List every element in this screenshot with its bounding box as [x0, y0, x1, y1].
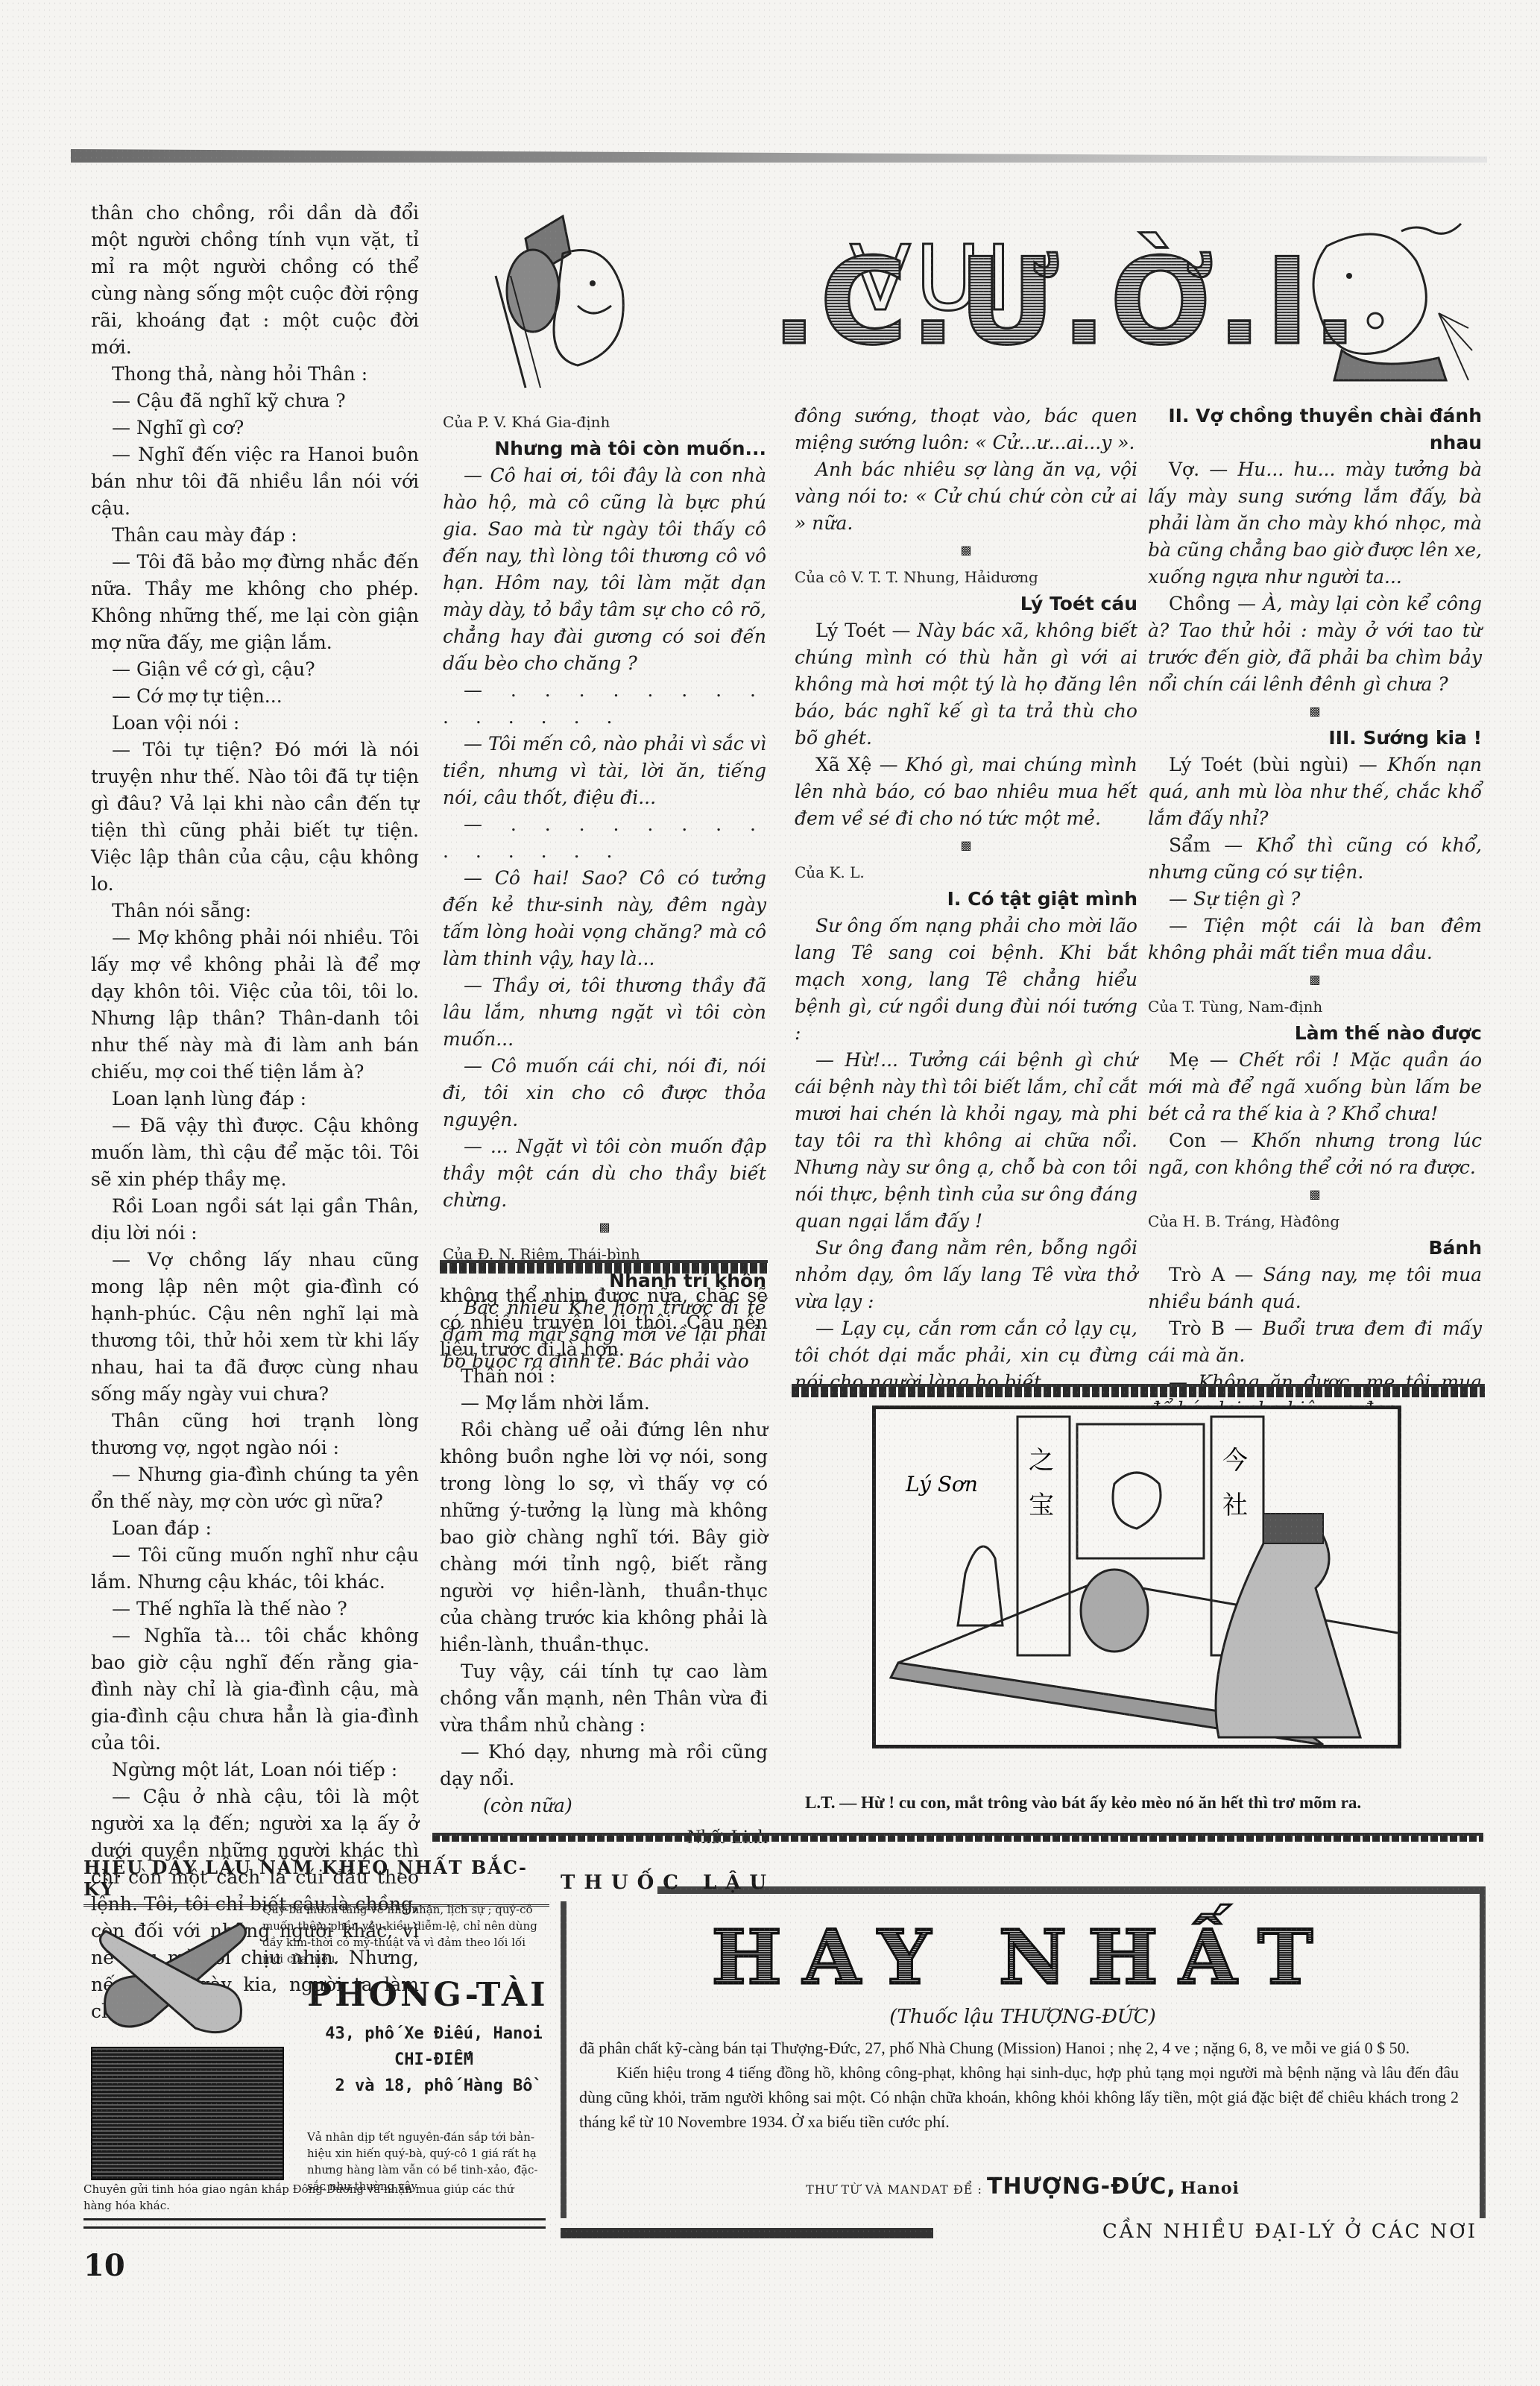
page-number: 10	[83, 2248, 125, 2283]
column-divider	[440, 1260, 768, 1274]
speaker: Sẩm —	[1169, 834, 1243, 856]
ornament-icon: ▩	[1148, 1181, 1482, 1208]
contact-name: THƯỢNG-ĐỨC,	[987, 2173, 1176, 2200]
caricature-left-icon	[481, 209, 675, 395]
ad-subtitle: (Thuốc lậu THƯỢNG-ĐỨC)	[561, 2006, 1485, 2028]
ad-paragraph: đã phân chất kỹ-càng bán tại Thượng-Đức,…	[579, 2036, 1459, 2060]
joke-line: đông sướng, thoạt vào, bác quen miệng sư…	[795, 403, 1137, 456]
dialogue-line: Lý Toét — Này bác xã, không biết chúng m…	[795, 617, 1137, 752]
joke-byline: Của H. B. Tráng, Hàđông	[1148, 1208, 1482, 1235]
joke-title: Nhưng mà tôi còn muốn...	[443, 435, 766, 462]
caricature-right-icon	[1252, 201, 1476, 388]
ad-body: đã phân chất kỹ-càng bán tại Thượng-Đức,…	[579, 2036, 1459, 2134]
joke-title: Làm thế nào được	[1148, 1020, 1482, 1047]
header-rule	[71, 149, 1487, 163]
joke-byline: Của K. L.	[795, 859, 1137, 886]
ornament-icon: ▩	[795, 832, 1137, 859]
joke-line: Anh bác nhiêu sợ làng ăn vạ, vội vàng nó…	[795, 456, 1137, 537]
story-paragraph: — Mợ không phải nói nhiều. Tôi lấy mợ về…	[91, 925, 419, 1086]
dialogue-line: Sẩm — Khổ thì cũng có khổ, nhưng cũng có…	[1148, 832, 1482, 886]
ad-agents: CẦN NHIỀU ĐẠI-LÝ Ở CÁC NƠI	[1102, 2220, 1477, 2243]
speaker: Vợ. —	[1169, 459, 1228, 480]
slipper-icon	[91, 1909, 255, 2036]
speaker: Xã Xệ —	[815, 754, 898, 775]
story-paragraph: — Khó dạy, nhưng mà rồi cũng dạy nổi.	[440, 1739, 768, 1792]
joke-line: Sư ông đang nằm rên, bỗng ngồi nhỏm dạy,…	[795, 1235, 1137, 1315]
story-paragraph: Loan lạnh lùng đáp :	[91, 1086, 419, 1112]
speaker: Trò A —	[1169, 1264, 1253, 1285]
story-paragraph: Thong thả, nàng hỏi Thân :	[91, 361, 419, 388]
story-paragraph: Loan đáp :	[91, 1515, 419, 1542]
dialogue-line: Vợ. — Hu... hu... mày tưởng bà lấy mày s…	[1148, 456, 1482, 591]
dialogue-line: — Tiện một cái là ban đêm không phải mất…	[1148, 913, 1482, 966]
ornament-icon: ▩	[1148, 966, 1482, 993]
joke-title: II. Vợ chồng thuyền chài đánh nhau	[1148, 403, 1482, 456]
story-paragraph: — Tôi cũng muốn nghĩ như cậu lắm. Nhưng …	[91, 1542, 419, 1596]
joke-line: — Cô muốn cái chi, nói đi, nói đi, tôi x…	[443, 1053, 766, 1133]
story-paragraph: — Nghĩa tà... tôi chắc không bao giờ cậu…	[91, 1622, 419, 1757]
speaker: Lý Toét —	[815, 620, 910, 641]
ad-headline: HIỆU DÂY LÂU NĂM KHÉO NHẤT BẮC-KỲ	[83, 1857, 549, 1907]
story-paragraph: — Đã vậy thì được. Cậu không muốn làm, t…	[91, 1112, 419, 1193]
ad-contact: THƯ TỪ VÀ MANDAT ĐỂ : THƯỢNG-ĐỨC, Hanoi	[561, 2173, 1485, 2200]
story-paragraph: Tuy vậy, cái tính tự cao làm chồng vẫn m…	[440, 1658, 768, 1739]
ad-headline: HAY NHẤT	[561, 1916, 1485, 1998]
story-paragraph: — Giận về cớ gì, cậu?	[91, 656, 419, 683]
jokes-column-4: II. Vợ chồng thuyền chài đánh nhau Vợ. —…	[1148, 403, 1482, 1423]
story-column-2: không thể nhịn được nữa, chắc sẽ có nhiề…	[440, 1282, 768, 1851]
ornament-icon: ▩	[795, 537, 1137, 564]
contact-label: THƯ TỪ VÀ MANDAT ĐỂ :	[806, 2182, 982, 2197]
cartoon-illustration: 之 宝 今 社 Lý Sơn	[872, 1406, 1401, 1748]
story-paragraph: — Nghĩ gì cơ?	[91, 415, 419, 441]
joke-title: III. Sướng kia !	[1148, 725, 1482, 752]
cartoon-drawing-icon: 之 宝 今 社 Lý Sơn	[876, 1409, 1398, 1745]
cartoon-caption: L.T. — Hừ ! cu con, mắt trông vào bát ấy…	[805, 1793, 1491, 1813]
page-divider	[432, 1833, 1483, 1842]
story-paragraph: không thể nhịn được nữa, chắc sẽ có nhiề…	[440, 1282, 768, 1363]
ornament-icon: ▩	[443, 1214, 766, 1241]
dialogue-line: Chồng — À, mày lại còn kể công à? Tao th…	[1148, 591, 1482, 698]
story-paragraph: — Tôi tự tiện? Đó mới là nói truyện như …	[91, 737, 419, 898]
svg-text:社: 社	[1222, 1491, 1248, 1520]
story-paragraph: — Cậu đã nghĩ kỹ chưa ?	[91, 388, 419, 415]
section-divider	[792, 1384, 1485, 1397]
joke-title: Bánh	[1148, 1235, 1482, 1262]
joke-line: Sư ông ốm nạng phải cho mời lão lang Tê …	[795, 913, 1137, 1047]
story-paragraph: Thân nói sẵng:	[91, 898, 419, 925]
speaker: Con —	[1169, 1130, 1238, 1151]
dialogue-line: Mẹ — Chết rồi ! Mặc quần áo mới mà để ng…	[1148, 1047, 1482, 1127]
speaker: Chồng —	[1169, 593, 1256, 614]
svg-text:之: 之	[1029, 1446, 1054, 1476]
joke-byline: Của P. V. Khá Gia-định	[443, 409, 766, 435]
story-paragraph: Ngừng một lát, Loan nói tiếp :	[91, 1757, 419, 1784]
dialogue-line: Lý Toét (bùi ngùi) — Khốn nạn quá, anh m…	[1148, 752, 1482, 832]
dialogue-line: Xã Xệ — Khó gì, mai chúng mình lên nhà b…	[795, 752, 1137, 832]
speaker: Lý Toét (bùi ngùi) —	[1169, 754, 1378, 775]
dialogue-line: Trò B — Buổi trưa đem đi mấy cái mà ăn.	[1148, 1315, 1482, 1369]
story-column-1: thân cho chồng, rồi dần dà đổi một người…	[91, 200, 419, 2025]
dialogue-line: — Sự tiện gì ?	[1148, 886, 1482, 913]
joke-line: — Tôi mến cô, nào phải vì sắc vì tiền, n…	[443, 731, 766, 811]
svg-text:宝: 宝	[1029, 1491, 1054, 1520]
ad-branch-address: 2 và 18, phố Hàng Bồ	[322, 2077, 546, 2095]
story-paragraph: Loan vội nói :	[91, 710, 419, 737]
dialogue-line: Trò A — Sáng nay, mẹ tôi mua nhiều bánh …	[1148, 1262, 1482, 1315]
ad-blurb: Quý-bà muốn tăng vẻ nhã nhặn, lịch sự ; …	[262, 1901, 546, 1967]
story-paragraph: Thân cau mày đáp :	[91, 522, 419, 549]
ad-paragraph: Kiến hiệu trong 4 tiếng đồng hồ, không c…	[579, 2060, 1459, 2134]
joke-line: — Hừ!... Tưởng cái bệnh gì chứ cái bệnh …	[795, 1047, 1137, 1235]
ad-footer: Chuyên gửi tinh hóa giao ngân khắp Đông-…	[83, 2181, 546, 2214]
story-paragraph: Rồi Loan ngồi sát lại gần Thân, dịu lời …	[91, 1193, 419, 1247]
ad-category: THUỐC LẬU	[561, 1872, 775, 1894]
ad-agents-bar	[561, 2228, 933, 2238]
joke-line: — Thầy ơi, tôi thương thầy đã lâu lắm, n…	[443, 972, 766, 1053]
medicine-advertisement: THUỐC LẬU HAY NHẤT (Thuốc lậu THƯỢNG-ĐỨC…	[561, 1872, 1485, 2222]
joke-title: Lý Toét cáu	[795, 591, 1137, 617]
jokes-column-2: Của P. V. Khá Gia-định Nhưng mà tôi còn …	[443, 409, 766, 1375]
dialogue-line: Con — Khốn nhưng trong lúc ngã, con khôn…	[1148, 1127, 1482, 1181]
joke-line: — ... Ngặt vì tôi còn muốn đập thầy một …	[443, 1133, 766, 1214]
ad-footer-rule	[83, 2218, 546, 2229]
story-paragraph: — Cớ mợ tự tiện...	[91, 683, 419, 710]
contact-city: Hanoi	[1181, 2179, 1240, 2198]
speaker: Trò B —	[1169, 1318, 1253, 1339]
story-paragraph: — Nghĩ đến việc ra Hanoi buôn bán như tô…	[91, 441, 419, 522]
ad-address: 43, phố Xe Điếu, Hanoi	[322, 2024, 546, 2043]
joke-line: — Cô hai ơi, tôi đây là con nhà hào hộ, …	[443, 462, 766, 677]
story-paragraph: Thân nói :	[440, 1363, 768, 1390]
story-paragraph: — Thế nghĩa là thế nào ?	[91, 1596, 419, 1622]
story-paragraph: — Tôi đã bảo mợ đừng nhắc đến nữa. Thầy …	[91, 549, 419, 656]
joke-line: — . . . . . . . . . . . . . .	[443, 677, 766, 731]
newspaper-page: VUI .C.Ư.Ờ.I. thân cho chồng, rồi dần dà…	[0, 0, 1540, 2386]
ornament-icon: ▩	[1148, 698, 1482, 725]
joke-line: — . . . . . . . . . . . . . .	[443, 811, 766, 865]
story-paragraph: — Nhưng gia-đình chúng ta yên ổn thế này…	[91, 1461, 419, 1515]
joke-line: — Cô hai! Sao? Cô có tưởng đến kẻ thư-si…	[443, 865, 766, 972]
story-paragraph: — Vợ chồng lấy nhau cũng mong lập nên mộ…	[91, 1247, 419, 1408]
section-banner: VUI .C.Ư.Ờ.I.	[447, 194, 1491, 388]
jokes-column-3: đông sướng, thoạt vào, bác quen miệng sư…	[795, 403, 1137, 1396]
story-paragraph: Rồi chàng uể oải đứng lên như không buồn…	[440, 1417, 768, 1658]
joke-title: I. Có tật giật mình	[795, 886, 1137, 913]
to-be-continued: (còn nữa)	[462, 1792, 768, 1819]
speaker: Mẹ —	[1169, 1049, 1228, 1071]
svg-text:Lý Sơn: Lý Sơn	[905, 1472, 978, 1496]
joke-byline: Của T. Tùng, Nam-định	[1148, 993, 1482, 1020]
story-paragraph: — Mợ lắm nhời lắm.	[440, 1390, 768, 1417]
svg-text:今: 今	[1222, 1446, 1248, 1476]
ad-branch-label: CHI-ĐIẾM	[322, 2050, 546, 2069]
story-paragraph: thân cho chồng, rồi dần dà đổi một người…	[91, 200, 419, 361]
story-paragraph: Thân cũng hơi trạnh lòng thương vợ, ngọt…	[91, 1408, 419, 1461]
ad-brand: PHONG-TÀI	[307, 1976, 549, 2014]
joke-byline: Của cô V. T. T. Nhung, Hảidương	[795, 564, 1137, 591]
shoe-box-image	[91, 2047, 284, 2180]
shoe-advertisement: HIỆU DÂY LÂU NĂM KHÉO NHẤT BẮC-KỲ Quý-bà…	[83, 1857, 549, 2103]
